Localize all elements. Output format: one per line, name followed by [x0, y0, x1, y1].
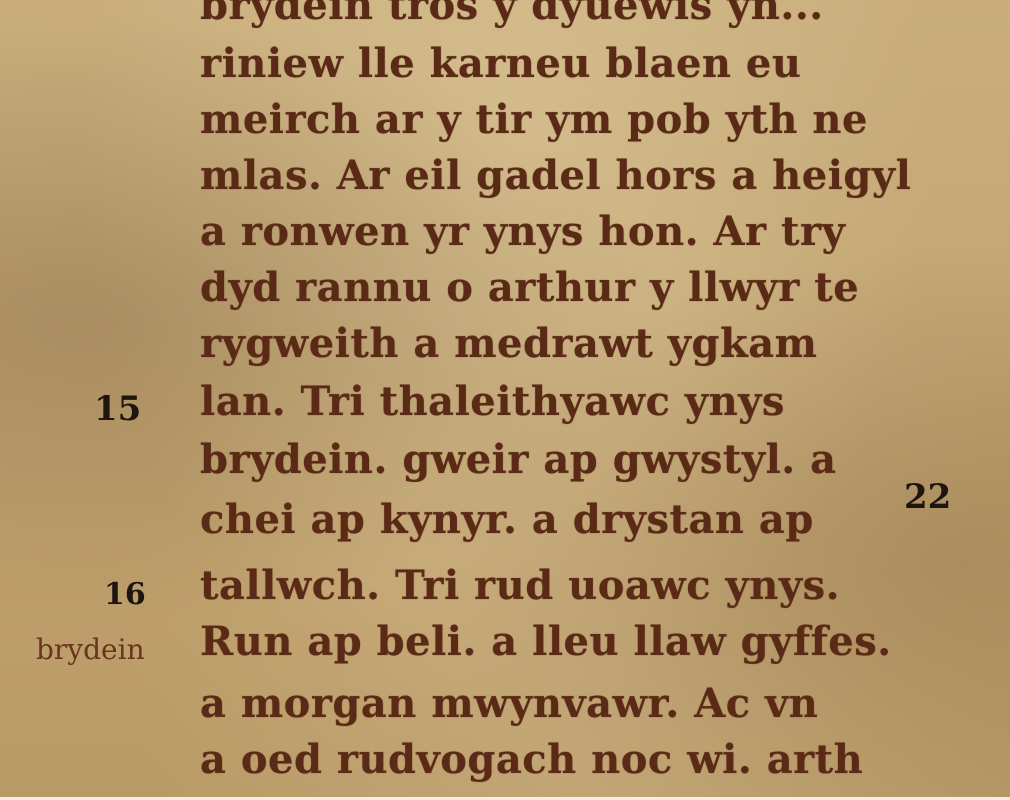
- text-line: Run ap beli. a lleu llaw gyffes.: [200, 622, 892, 662]
- text-line: mlas. Ar eil gadel hors a heigyl: [200, 156, 911, 196]
- text-line: a morgan mwynvawr. Ac vn: [200, 684, 818, 724]
- margin-number: 22: [904, 480, 951, 514]
- text-line: a oed rudvogach noc wi. arth: [200, 740, 863, 780]
- text-line: dyd rannu o arthur y llwyr te: [200, 268, 859, 308]
- margin-number: 15: [94, 392, 141, 426]
- margin-note: brydein: [36, 636, 145, 664]
- text-line: meirch ar y tir ym pob yth ne: [200, 100, 868, 140]
- margin-number: 16: [104, 580, 146, 610]
- text-line: tallwch. Tri rud uoawc ynys.: [200, 566, 840, 606]
- text-line: chei ap kynyr. a drystan ap: [200, 500, 814, 540]
- text-line: brydein. gweir ap gwystyl. a: [200, 440, 837, 480]
- manuscript-page: brydein tros y dyuewis yn... riniew lle …: [0, 0, 1010, 800]
- text-line: lan. Tri thaleithyawc ynys: [200, 382, 785, 422]
- text-line: riniew lle karneu blaen eu: [200, 44, 801, 84]
- text-line: rygweith a medrawt ygkam: [200, 324, 817, 364]
- text-line: a ronwen yr ynys hon. Ar try: [200, 212, 845, 252]
- text-line: brydein tros y dyuewis yn...: [200, 0, 824, 26]
